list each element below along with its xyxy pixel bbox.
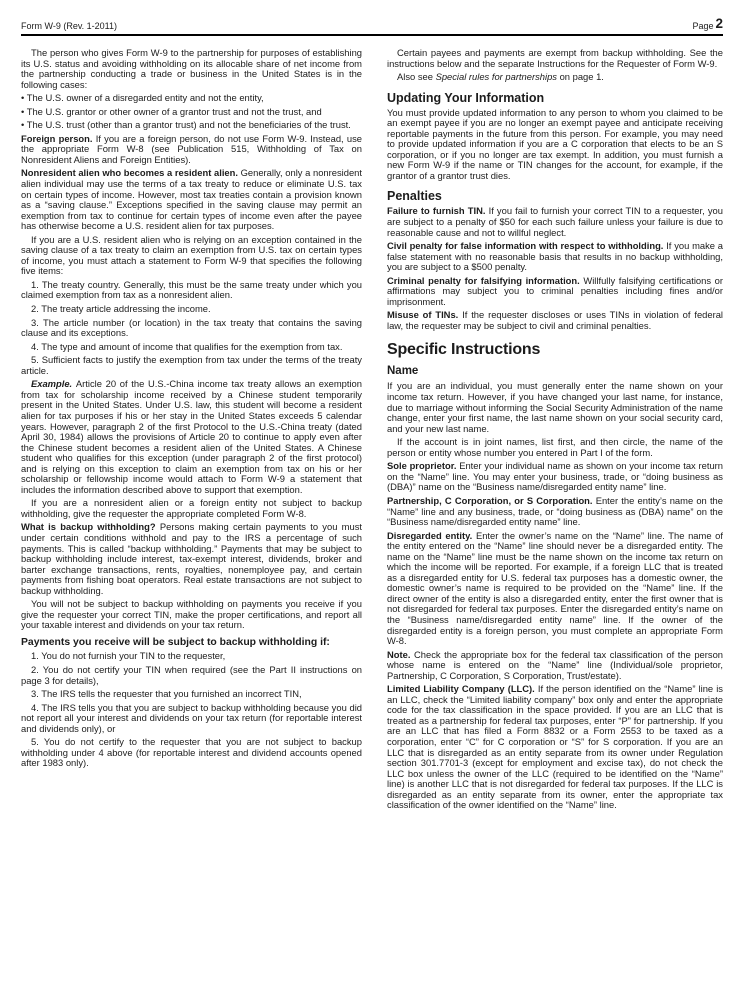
text-run: Partnership, C Corporation, or S Corpora… (387, 495, 596, 506)
numbered-item: 5. You do not certify to the requester t… (21, 737, 362, 769)
paragraph: Partnership, C Corporation, or S Corpora… (387, 496, 723, 528)
text-run: 5. Sufficient facts to justify the exemp… (21, 354, 362, 376)
paragraph: You will not be subject to backup withho… (21, 599, 362, 631)
text-run: 2. The treaty article addressing the inc… (31, 303, 211, 314)
text-run: Nonresident alien who becomes a resident… (21, 167, 241, 178)
numbered-item: 5. Sufficient facts to justify the exemp… (21, 355, 362, 376)
text-run: • The U.S. trust (other than a grantor t… (21, 119, 351, 130)
paragraph: Example. Article 20 of the U.S.-China in… (21, 379, 362, 495)
bullet-item: • The U.S. owner of a disregarded entity… (21, 93, 362, 104)
text-run: You will not be subject to backup withho… (21, 598, 362, 630)
two-column-body: The person who gives Form W-9 to the par… (21, 48, 723, 811)
paragraph: Sole proprietor. Enter your individual n… (387, 461, 723, 493)
text-run: 4. The type and amount of income that qu… (31, 341, 342, 352)
form-id: Form W-9 (Rev. 1-2011) (21, 21, 117, 31)
text-run: Certain payees and payments are exempt f… (387, 47, 723, 69)
paragraph: If you are an individual, you must gener… (387, 381, 723, 434)
text-run: What is backup withholding? (21, 521, 160, 532)
paragraph: Limited Liability Company (LLC). If the … (387, 684, 723, 811)
numbered-item: 4. The IRS tells you that you are subjec… (21, 703, 362, 735)
bullet-item: • The U.S. trust (other than a grantor t… (21, 120, 362, 131)
text-run: Disregarded entity. (387, 530, 476, 541)
column-right: Certain payees and payments are exempt f… (387, 48, 723, 811)
numbered-item: 1. The treaty country. Generally, this m… (21, 280, 362, 301)
text-run: If the person identified on the “Name” l… (387, 683, 723, 810)
text-run: 3. The IRS tells the requester that you … (31, 688, 302, 699)
text-run: If the account is in joint names, list f… (387, 436, 723, 458)
bullet-item: • The U.S. grantor or other owner of a g… (21, 107, 362, 118)
page-header: Form W-9 (Rev. 1-2011) Page 2 (21, 0, 723, 36)
text-run: Example. (31, 378, 76, 389)
page-word: Page (692, 21, 713, 31)
text-run: • The U.S. owner of a disregarded entity… (21, 92, 264, 103)
text-run: 2. You do not certify your TIN when requ… (21, 664, 362, 686)
text-run: 1. You do not furnish your TIN to the re… (31, 650, 225, 661)
text-run: Check the appropriate box for the federa… (387, 649, 723, 681)
document-page: Form W-9 (Rev. 1-2011) Page 2 The person… (0, 0, 747, 986)
text-run: Specific Instructions (387, 341, 540, 358)
text-run: Persons making certain payments to you m… (21, 521, 362, 595)
numbered-item: 4. The type and amount of income that qu… (21, 342, 362, 353)
text-run: 4. The IRS tells you that you are subjec… (21, 702, 362, 734)
section-heading: Penalties (387, 189, 723, 203)
text-run: Payments you receive will be subject to … (21, 637, 330, 648)
text-run: Enter the owner’s name on the “Name” lin… (387, 530, 723, 646)
paragraph: Nonresident alien who becomes a resident… (21, 168, 362, 231)
text-run: Foreign person. (21, 133, 96, 144)
paragraph: Failure to furnish TIN. If you fail to f… (387, 206, 723, 238)
run-in-heading: Payments you receive will be subject to … (21, 637, 362, 649)
text-run: Criminal penalty for falsifying informat… (387, 275, 583, 286)
numbered-item: 3. The article number (or location) in t… (21, 318, 362, 339)
page-number: 2 (715, 16, 723, 31)
paragraph: Disregarded entity. Enter the owner’s na… (387, 531, 723, 647)
text-run: on page 1. (557, 71, 604, 82)
text-run: 1. The treaty country. Generally, this m… (21, 279, 362, 301)
text-run: If you are a U.S. resident alien who is … (21, 234, 362, 277)
text-run: If you are a nonresident alien or a fore… (21, 497, 362, 519)
text-run: You must provide updated information to … (387, 107, 723, 181)
numbered-item: 2. The treaty article addressing the inc… (21, 304, 362, 315)
text-run: Penalties (387, 189, 442, 203)
text-run: Misuse of TINs. (387, 309, 462, 320)
paragraph: Foreign person. If you are a foreign per… (21, 134, 362, 166)
numbered-item: 1. You do not furnish your TIN to the re… (21, 651, 362, 662)
paragraph: Certain payees and payments are exempt f… (387, 48, 723, 69)
main-heading: Specific Instructions (387, 341, 723, 358)
text-run: Limited Liability Company (LLC). (387, 683, 538, 694)
paragraph: Also see Special rules for partnerships … (387, 72, 723, 83)
text-run: Failure to furnish TIN. (387, 205, 489, 216)
text-run: Updating Your Information (387, 91, 544, 105)
text-run: Sole proprietor. (387, 460, 459, 471)
section-heading: Updating Your Information (387, 91, 723, 105)
text-run: Also see (397, 71, 436, 82)
sub-heading: Name (387, 365, 723, 378)
paragraph: Misuse of TINs. If the requester disclos… (387, 310, 723, 331)
text-run: 5. You do not certify to the requester t… (21, 736, 362, 768)
paragraph: Note. Check the appropriate box for the … (387, 650, 723, 682)
text-run: • The U.S. grantor or other owner of a g… (21, 106, 322, 117)
paragraph: You must provide updated information to … (387, 108, 723, 182)
text-run: The person who gives Form W-9 to the par… (21, 47, 362, 90)
paragraph: If you are a U.S. resident alien who is … (21, 235, 362, 277)
text-run: Special rules for partnerships (436, 71, 557, 82)
paragraph: If you are a nonresident alien or a fore… (21, 498, 362, 519)
text-run: 3. The article number (or location) in t… (21, 317, 362, 339)
text-run: Civil penalty for false information with… (387, 240, 666, 251)
paragraph: If the account is in joint names, list f… (387, 437, 723, 458)
column-left: The person who gives Form W-9 to the par… (21, 48, 362, 811)
numbered-item: 3. The IRS tells the requester that you … (21, 689, 362, 700)
paragraph: Civil penalty for false information with… (387, 241, 723, 273)
paragraph: Criminal penalty for falsifying informat… (387, 276, 723, 308)
page-indicator: Page 2 (692, 16, 723, 31)
paragraph: What is backup withholding? Persons maki… (21, 522, 362, 596)
text-run: Article 20 of the U.S.-China income tax … (21, 378, 362, 494)
text-run: Name (387, 365, 418, 377)
numbered-item: 2. You do not certify your TIN when requ… (21, 665, 362, 686)
text-run: If you are an individual, you must gener… (387, 380, 723, 433)
paragraph: The person who gives Form W-9 to the par… (21, 48, 362, 90)
text-run: Note. (387, 649, 414, 660)
